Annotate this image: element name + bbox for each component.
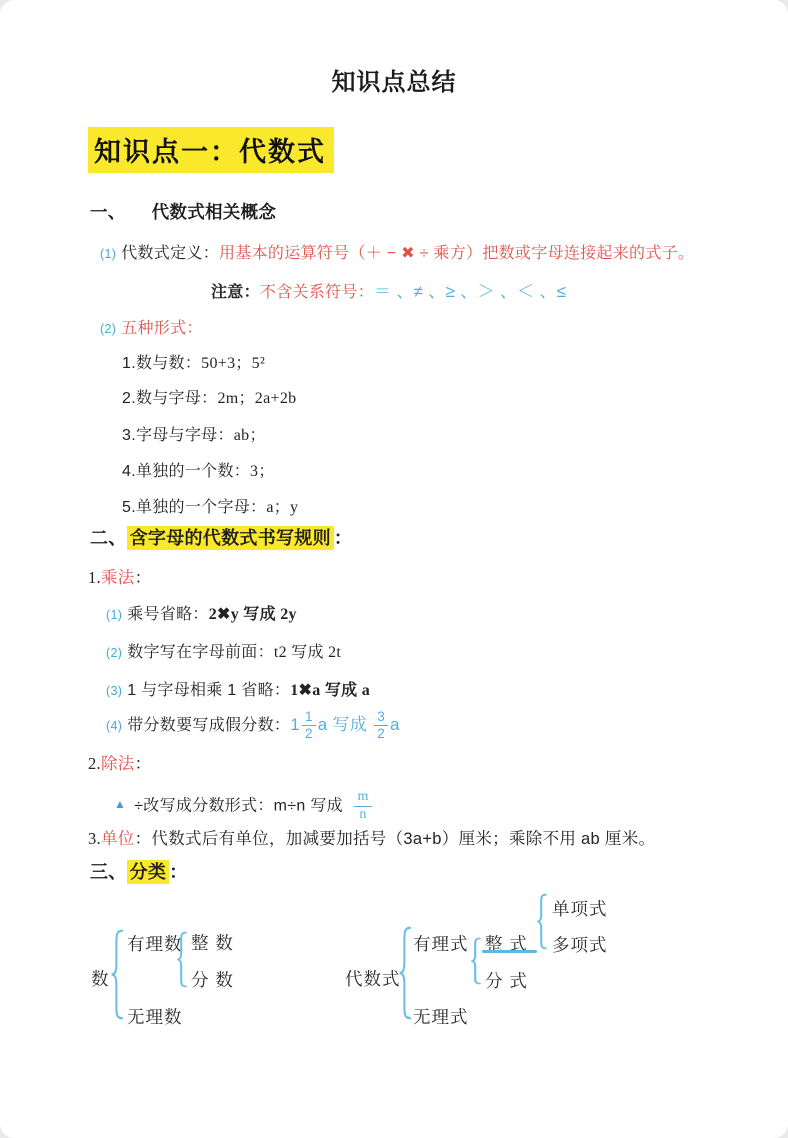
multiplication-rule: (1)乘号省略：2✖y 写成 2y [106,601,297,624]
division-heading: 2.除法： [88,750,151,774]
form-item-label: 2.数与字母： [122,390,217,407]
rule-label: 1 与字母相乘 1 省略： [127,682,290,699]
unit-text: 代数式后有单位，加减要加括号（3a+b）厘米；乘除不用 ab 厘米。 [151,830,655,848]
form-item-math: a；y [266,499,298,516]
unit-rule: 3.单位：代数式后有单位，加减要加括号（3a+b）厘米；乘除不用 ab 厘米。 [88,825,655,849]
classification-text: 分类 [127,860,170,884]
form-item-label: 4.单独的一个数： [122,463,250,480]
page-title: 知识点总结 [0,62,788,97]
brace-rational-expressions [470,937,483,985]
rule-number: (4) [106,719,122,733]
definition-text: 用基本的运算符号（＋ − ✖ ÷ 乘方）把数或字母连接起来的式子。 [219,245,694,262]
classification-heading: 三、分类： [90,858,188,884]
rule-number: (2) [106,646,122,660]
rule-label: 乘号省略： [127,606,209,623]
note-label: 注意： [211,284,260,301]
concepts-heading-number: 一、 [90,202,126,222]
rule-number: (3) [106,684,122,698]
rules-heading-text: 含字母的代数式书写规则 [127,526,334,550]
number-tree-fractions: 分 数 [191,967,234,992]
division-label: 除法 [101,755,135,773]
form-item: 3.字母与字母：ab； [122,422,266,445]
multiplication-label: 乘法 [101,569,135,587]
fraction-m-over-n: mn [354,790,371,822]
number-tree-root: 数 [91,966,110,991]
multiplication-rule: (3)1 与字母相乘 1 省略：1✖a 写成 a [106,677,370,700]
unit-colon: ： [135,830,152,848]
rule-number: (1) [106,608,122,622]
triangle-bullet-icon: ▲ [114,797,126,811]
mixed-number-example: 112a 写成 32a [290,715,400,734]
classification-number: 三、 [90,862,127,882]
form-item: 4.单独的一个数：3； [122,458,275,481]
fraction-one-half: 12 [302,710,316,741]
rules-heading-number: 二、 [90,528,127,548]
brace-expression-tree [398,925,414,1021]
form-item-math: 3； [250,463,275,480]
concepts-heading: 一、代数式相关概念 [90,199,276,224]
number-tree-irrational: 无理数 [127,1004,183,1029]
note-line: 注意：不含关系符号：＝ 、≠ 、≥ 、＞ 、＜ 、≤ [211,277,566,302]
rules-heading: 二、含字母的代数式书写规则： [90,524,352,550]
forms-label: 五种形式： [121,320,203,337]
form-item: 1.数与数：50+3；5² [122,350,265,373]
forms-heading: (2)五种形式： [100,315,203,338]
division-text: ÷改写成分数形式：m÷n 写成 [134,797,343,814]
rule-label: 带分数要写成假分数： [127,717,290,734]
brace-rational-numbers [176,931,189,988]
document-page: 知识点总结 知识点一：代数式 一、代数式相关概念 (1)代数式定义：用基本的运算… [0,0,788,1138]
expression-tree-monomial: 单项式 [552,896,608,921]
definition-number: (1) [100,247,116,261]
expression-tree-irrational: 无理式 [413,1004,469,1029]
section-heading: 知识点一：代数式 [88,127,334,173]
multiplication-number: 1. [88,568,101,587]
rule-math: t2 写成 2t [274,644,341,661]
form-item-label: 5.单独的一个字母： [122,499,266,516]
note-relation-symbols: ＝ 、≠ 、≥ 、＞ 、＜ 、≤ [374,282,566,301]
rule-math: 2✖y 写成 2y [209,606,297,623]
expression-tree-fractional: 分 式 [485,968,528,993]
brace-number-tree [110,928,126,1021]
mixed-middle: a 写成 [318,715,367,734]
rule-math: 1✖a 写成 a [290,682,370,699]
multiplication-rule: (2)数字写在字母前面：t2 写成 2t [106,639,341,662]
expression-tree-polynomial: 多项式 [552,932,608,957]
unit-label: 单位 [101,830,135,848]
fraction-three-halves: 32 [374,710,388,741]
integral-expression-underline [482,950,537,953]
form-item-math: 50+3；5² [201,355,265,372]
division-colon: ： [135,755,152,773]
form-item-label: 3.字母与字母： [122,427,234,444]
mixed-tail: a [390,715,400,734]
rule-label: 数字写在字母前面： [127,644,274,661]
form-item: 2.数与字母：2m；2a+2b [122,385,296,408]
multiplication-rule-fraction: (4)带分数要写成假分数：112a 写成 32a [106,710,400,741]
brace-integral-expressions [536,893,549,950]
form-item-label: 1.数与数： [122,355,201,372]
multiplication-heading: 1.乘法： [88,564,151,588]
definition-label: 代数式定义： [121,245,219,262]
definition-line: (1)代数式定义：用基本的运算符号（＋ − ✖ ÷ 乘方）把数或字母连接起来的式… [100,240,694,263]
classification-colon: ： [169,862,187,882]
number-tree-rational: 有理数 [127,931,183,956]
note-red-text: 不含关系符号： [260,284,374,301]
division-number: 2. [88,754,101,773]
rules-heading-colon: ： [334,528,352,548]
forms-number: (2) [100,322,116,336]
mixed-whole: 1 [290,715,300,734]
expression-tree-root: 代数式 [345,966,401,991]
form-item-math: ab； [234,427,266,444]
form-item-math: 2m；2a+2b [217,390,296,407]
concepts-heading-text: 代数式相关概念 [152,199,277,224]
multiplication-colon: ： [135,569,152,587]
form-item: 5.单独的一个字母：a；y [122,494,298,517]
unit-number: 3. [88,829,101,848]
division-rule: ▲÷改写成分数形式：m÷n 写成 mn [114,790,374,822]
number-tree-integers: 整 数 [191,930,234,955]
expression-tree-rational: 有理式 [413,931,469,956]
